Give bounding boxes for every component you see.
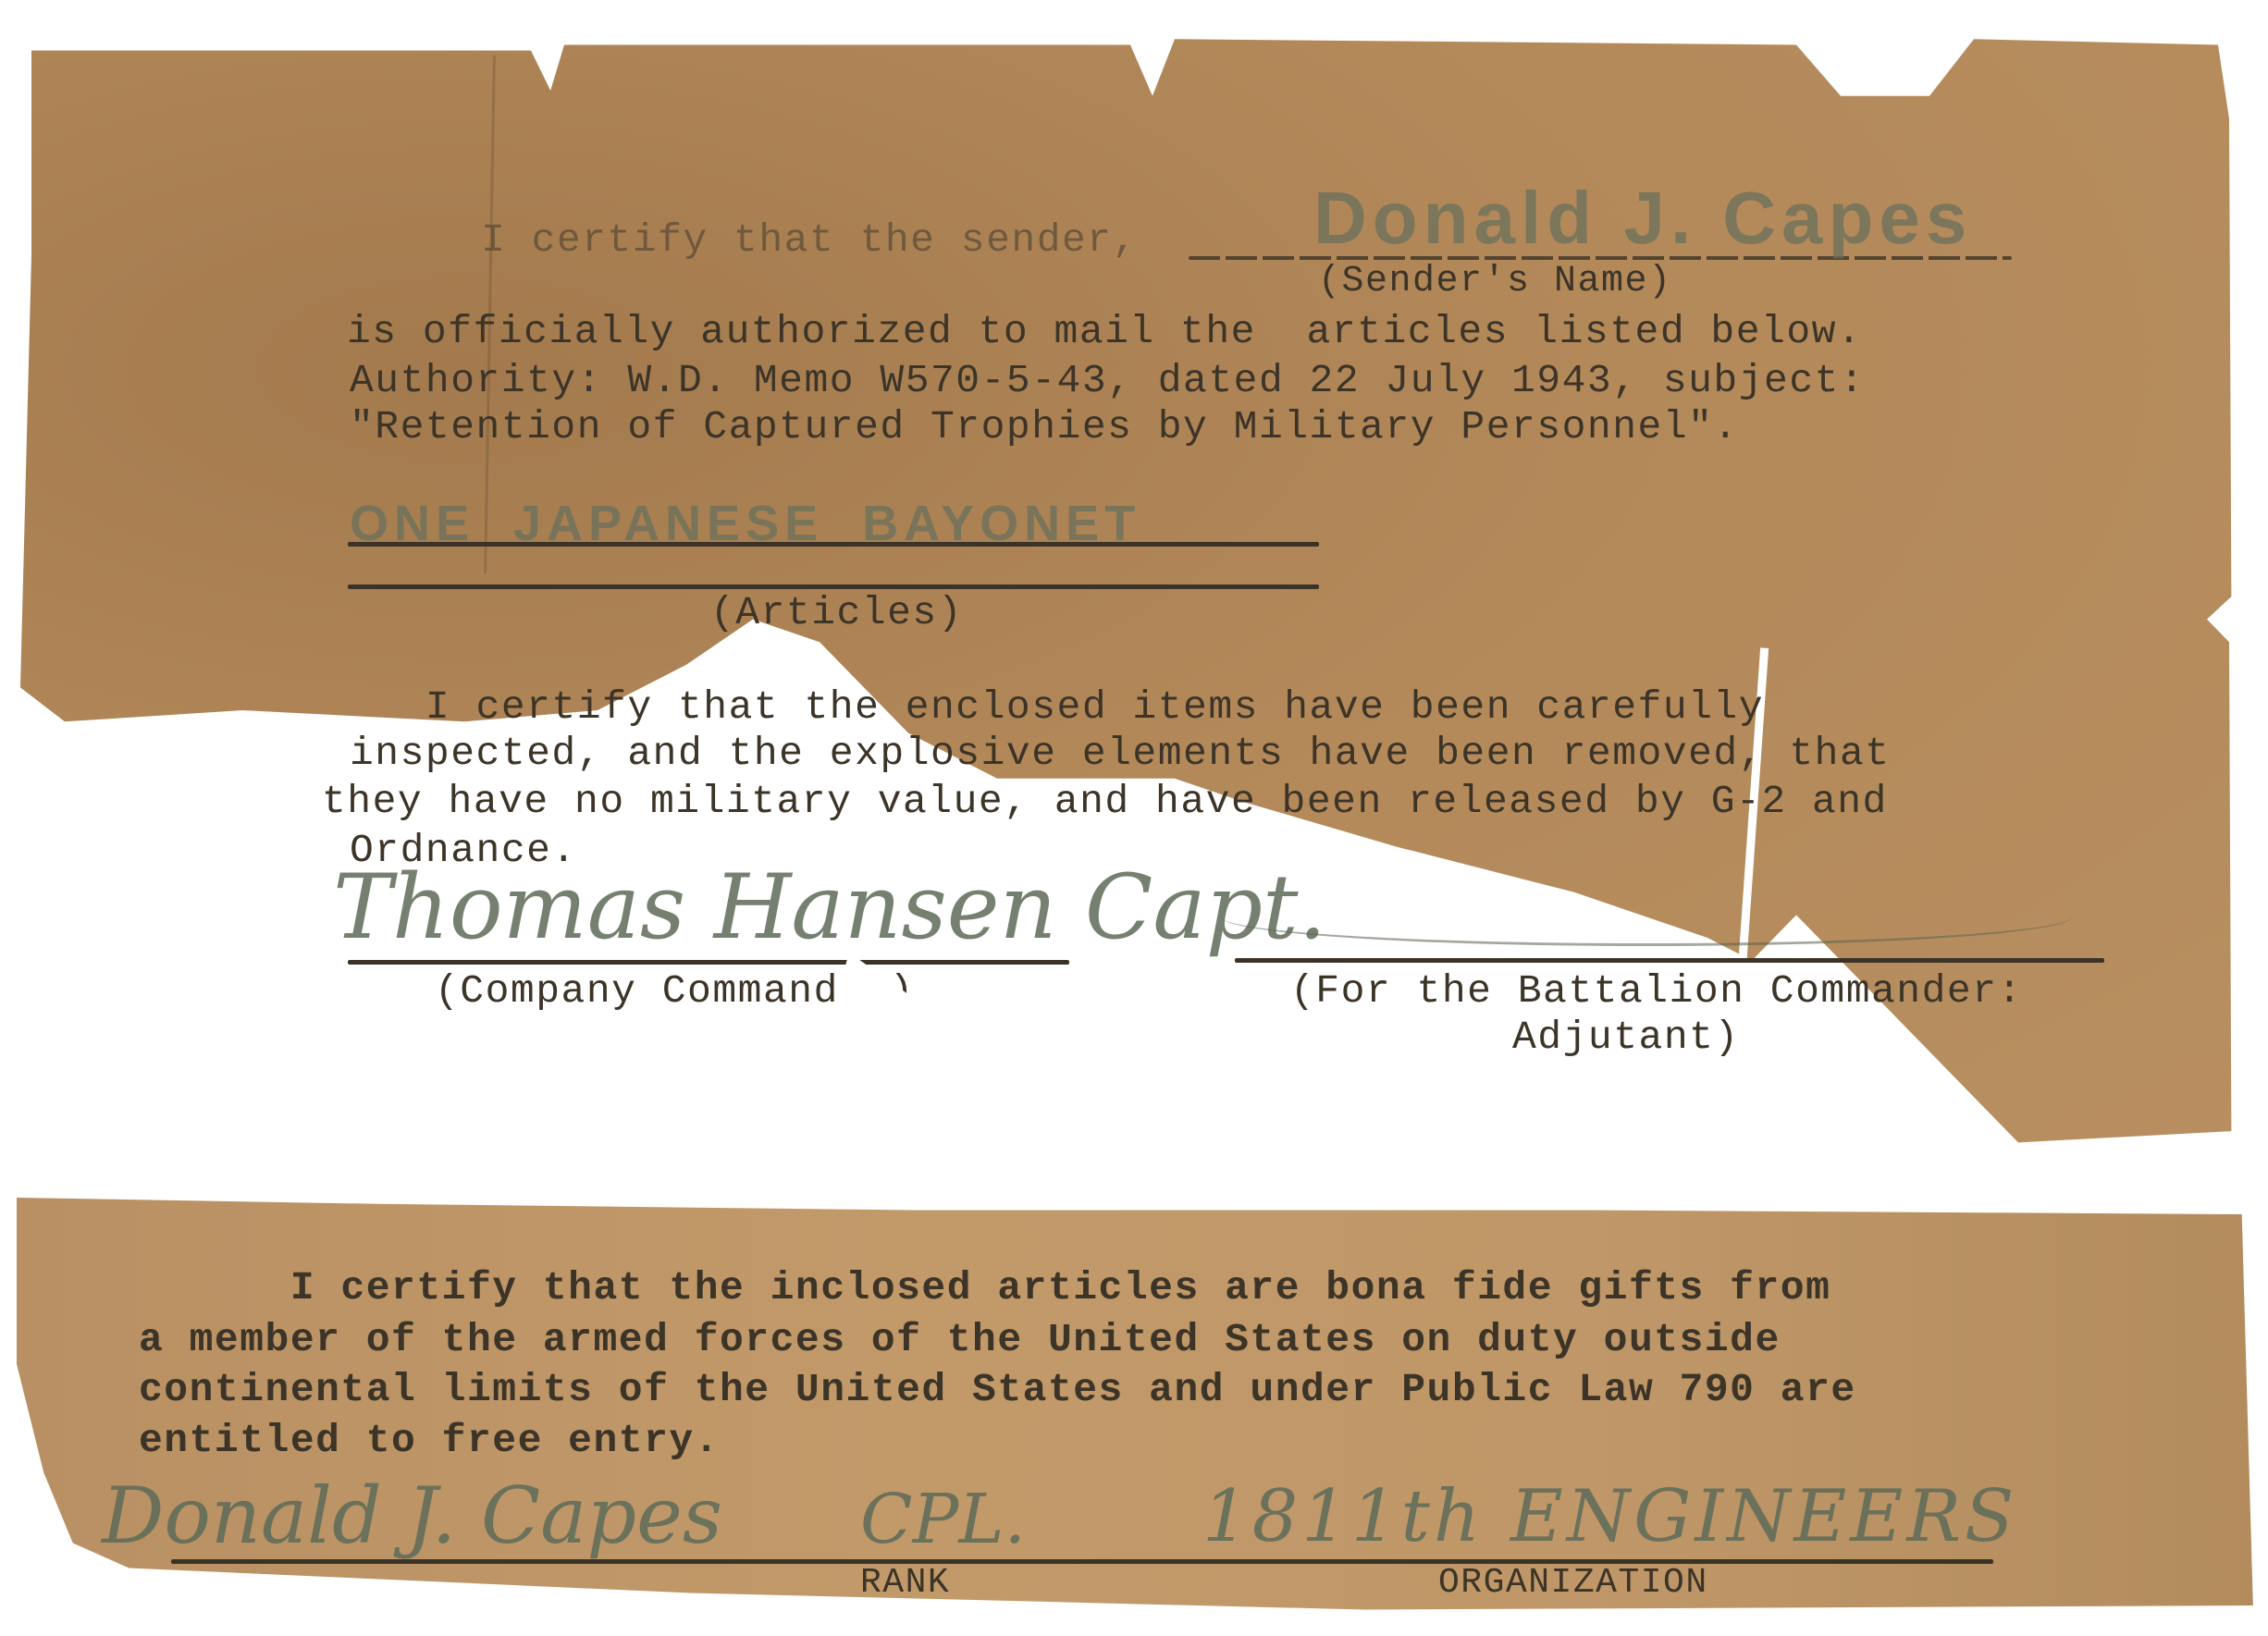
gift-line-3: continental limits of the United States … xyxy=(139,1367,1856,1412)
sender-name-caption: (Sender's Name) xyxy=(1318,261,1672,302)
battalion-signature-scrawl xyxy=(1221,888,2072,946)
company-commander-line xyxy=(348,960,1069,965)
signature-rank: CPL. xyxy=(860,1480,1026,1559)
certification-line-2: inspected, and the explosive elements ha… xyxy=(350,731,1891,776)
battalion-caption-line-1: (For the Battalion Commander: xyxy=(1290,968,2023,1014)
signature-underline xyxy=(171,1559,1993,1564)
articles-line-1 xyxy=(348,542,1319,547)
sender-line-prefix: I certify that the sender, xyxy=(481,217,1138,263)
authorization-line-1: is officially authorized to mail the art… xyxy=(347,309,1862,354)
battalion-caption-line-2: Adjutant) xyxy=(1512,1015,1740,1060)
gift-line-4: entitled to free entry. xyxy=(139,1418,720,1463)
certification-line-1: I certify that the enclosed items have b… xyxy=(350,684,1764,730)
certification-line-3: they have no military value, and have be… xyxy=(322,779,1888,824)
articles-caption: (Articles) xyxy=(710,590,963,635)
caption-rank: RANK xyxy=(860,1563,950,1603)
signature-organization: 1811th ENGINEERS xyxy=(1202,1475,2017,1558)
authorization-line-2: Authority: W.D. Memo W570-5-43, dated 22… xyxy=(350,358,1865,403)
gift-line-2: a member of the armed forces of the Unit… xyxy=(139,1317,1781,1362)
signature-name: Donald J. Capes xyxy=(102,1470,722,1561)
sender-name-handwritten: Donald J. Capes xyxy=(1313,176,1972,261)
caption-organization: ORGANIZATION xyxy=(1438,1563,1708,1603)
battalion-commander-line xyxy=(1235,958,2104,963)
gift-line-1: I certify that the inclosed articles are… xyxy=(139,1265,1830,1310)
authorization-line-3: "Retention of Captured Trophies by Milit… xyxy=(350,404,1739,449)
company-commander-signature: Thomas Hansen Capt. xyxy=(333,855,1326,959)
articles-line-2 xyxy=(348,584,1319,589)
